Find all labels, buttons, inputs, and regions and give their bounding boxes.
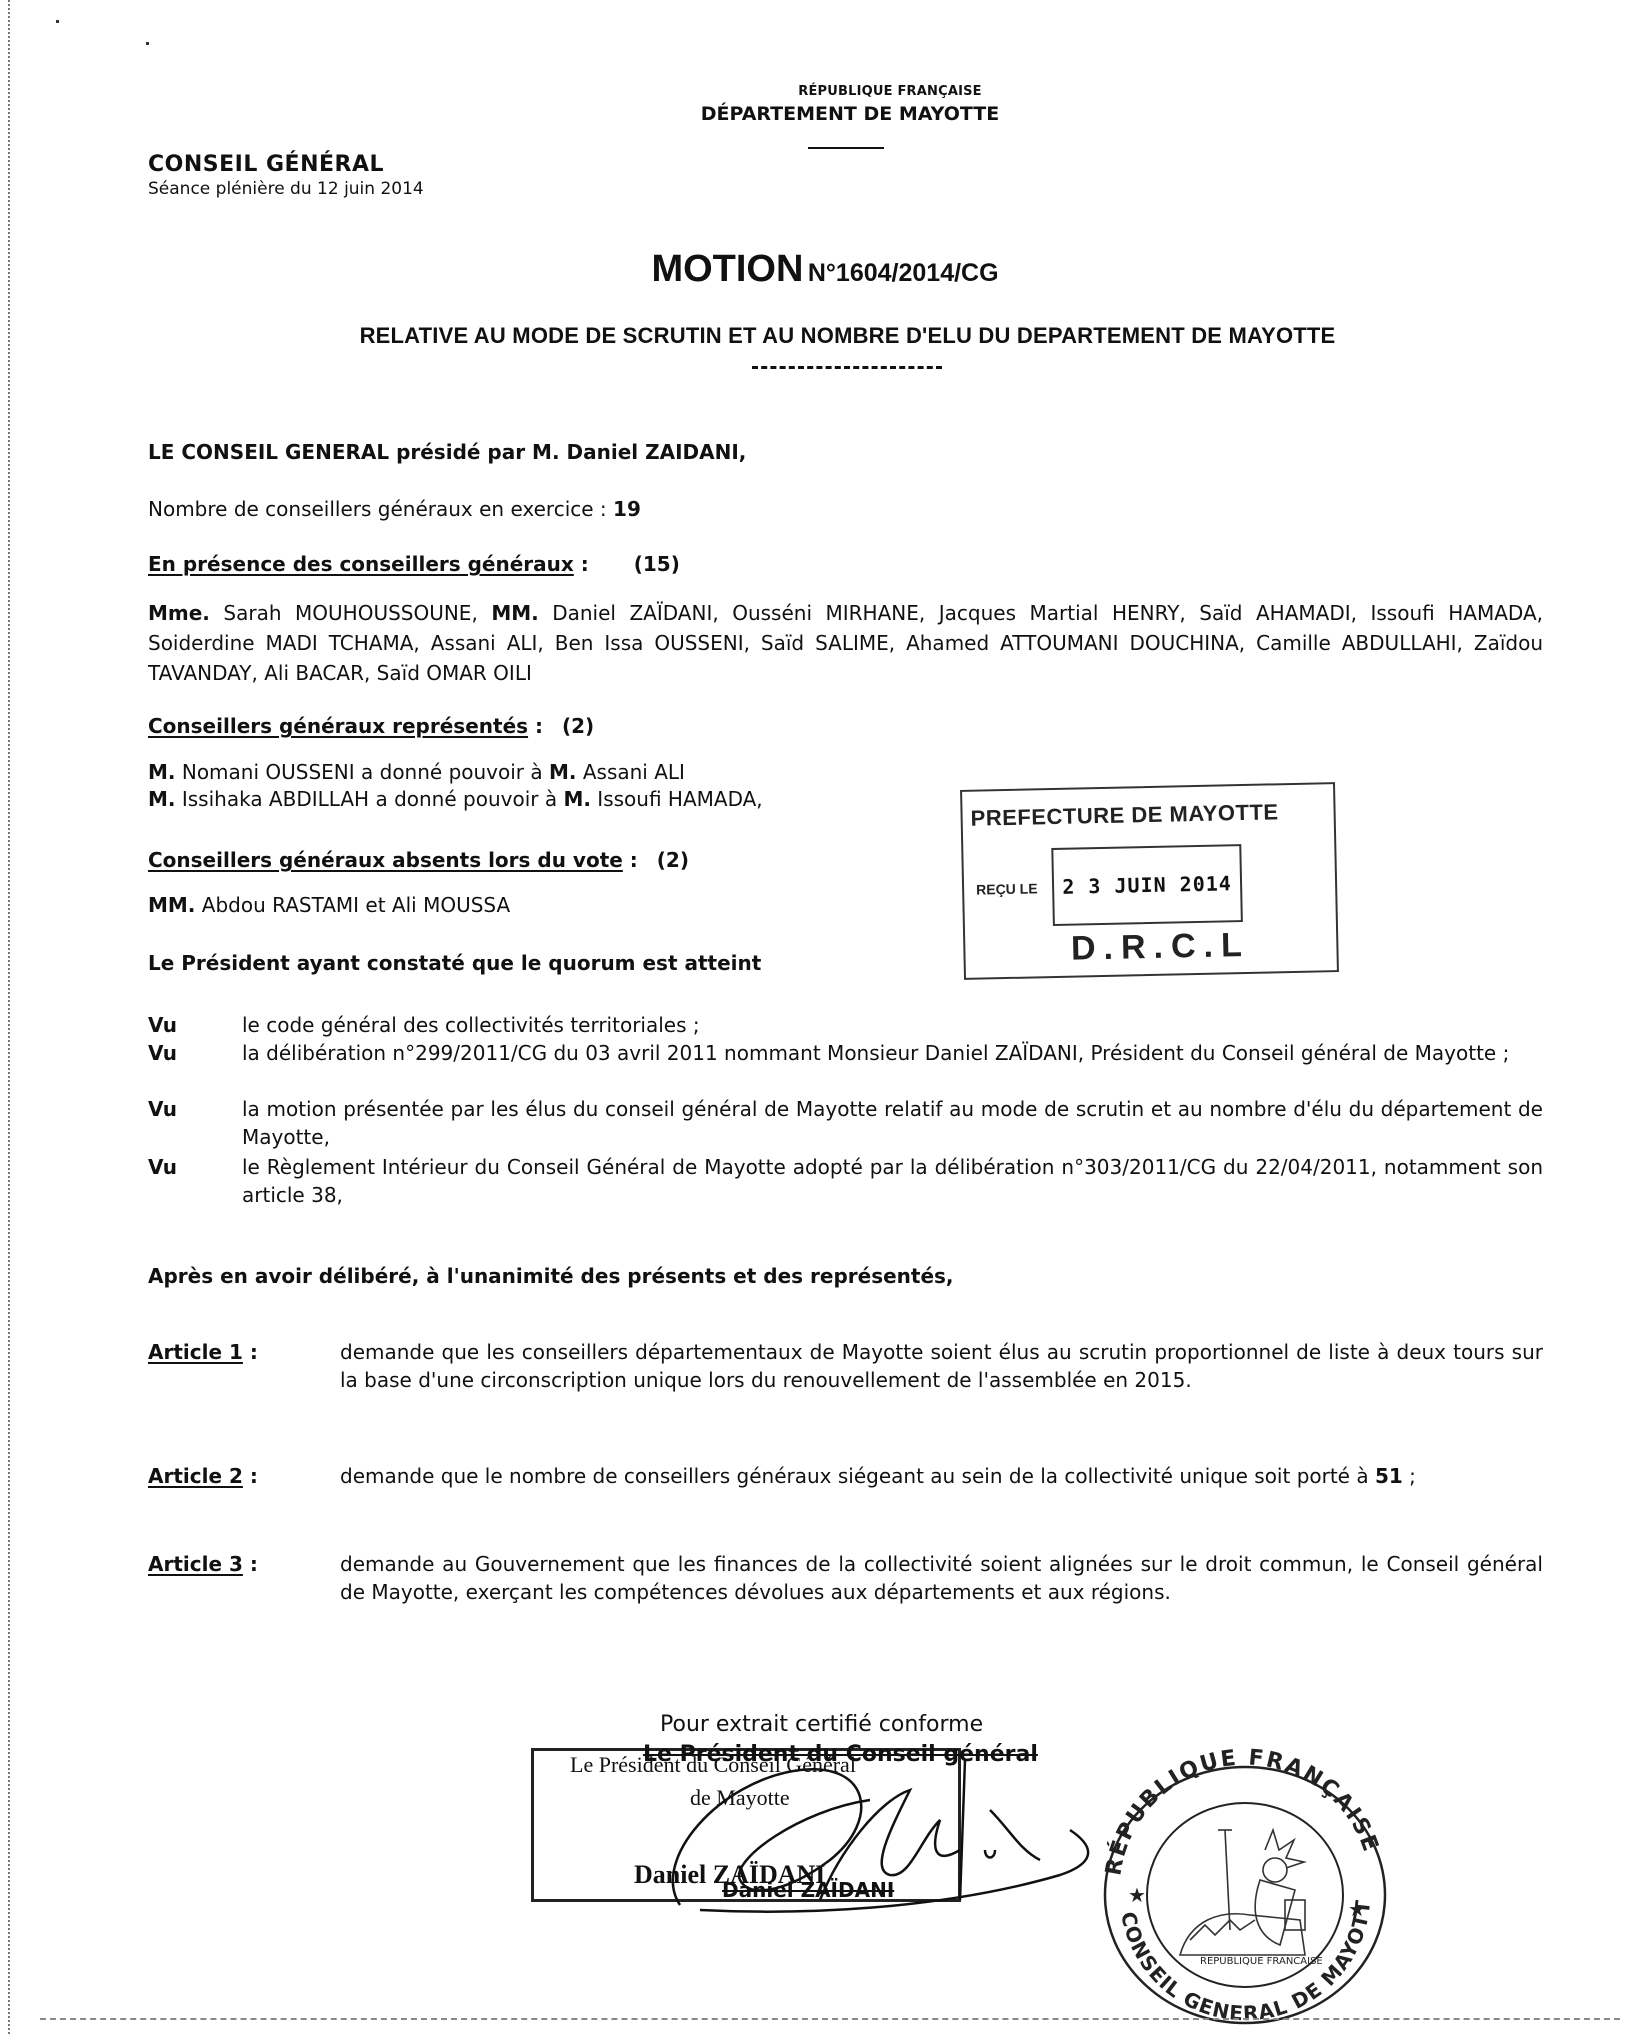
motion-word: MOTION bbox=[651, 248, 803, 290]
proxy-to: Issoufi HAMADA, bbox=[591, 787, 763, 811]
vu-item: Vu le Règlement Intérieur du Conseil Gén… bbox=[148, 1153, 1543, 1209]
article-label: Article 1 : bbox=[148, 1338, 340, 1394]
subtitle-divider bbox=[752, 366, 942, 369]
seal-top-text: RÉPUBLIQUE FRANÇAISE bbox=[1101, 1745, 1383, 1877]
members-label: Nombre de conseillers généraux en exerci… bbox=[148, 497, 613, 521]
header-divider bbox=[808, 147, 884, 149]
vu-text: la motion présentée par les élus du cons… bbox=[242, 1095, 1543, 1151]
present-label: En présence des conseillers généraux bbox=[148, 552, 574, 576]
present-members-list: Mme. Sarah MOUHOUSSOUNE, MM. Daniel ZAÏD… bbox=[148, 598, 1543, 688]
article-1: Article 1 : demande que les conseillers … bbox=[148, 1338, 1543, 1394]
proxy-item: M. Issihaka ABDILLAH a donné pouvoir à M… bbox=[148, 787, 763, 812]
seal-star-icon: ★ bbox=[1348, 1897, 1366, 1921]
represented-heading: Conseillers généraux représentés : (2) bbox=[148, 714, 594, 739]
proxy-from: Nomani OUSSENI a donné pouvoir à bbox=[176, 760, 550, 784]
vu-text: le code général des collectivités territ… bbox=[242, 1011, 1543, 1039]
seal-inner-text: REPUBLIQUE FRANCAISE bbox=[1200, 1956, 1323, 1967]
article-text: demande au Gouvernement que les finances… bbox=[340, 1550, 1543, 1606]
vu-label: Vu bbox=[148, 1153, 242, 1209]
title-prefix: MM. bbox=[148, 893, 195, 917]
vu-label: Vu bbox=[148, 1095, 242, 1151]
present-count: (15) bbox=[634, 552, 680, 576]
absent-label: Conseillers généraux absents lors du vot… bbox=[148, 848, 623, 872]
scan-edge-artifact bbox=[8, 0, 10, 2034]
absent-heading: Conseillers généraux absents lors du vot… bbox=[148, 848, 689, 873]
title-prefix: MM. bbox=[491, 601, 538, 625]
vu-label: Vu bbox=[148, 1011, 242, 1039]
represented-label: Conseillers généraux représentés bbox=[148, 714, 528, 738]
vu-text: la délibération n°299/2011/CG du 03 avri… bbox=[242, 1039, 1543, 1067]
vu-item: Vu le code général des collectivités ter… bbox=[148, 1011, 1543, 1039]
absent-members: MM. Abdou RASTAMI et Ali MOUSSA bbox=[148, 893, 510, 918]
vu-label: Vu bbox=[148, 1039, 242, 1067]
stamp-received-label: REÇU LE bbox=[976, 880, 1038, 897]
title-prefix: M. bbox=[563, 787, 591, 811]
stamp-date: 2 3 JUIN 2014 bbox=[1062, 871, 1232, 899]
motion-number: N°1604/2014/CG bbox=[808, 259, 999, 287]
stamp-date-box: 2 3 JUIN 2014 bbox=[1051, 844, 1243, 926]
motion-subtitle: RELATIVE AU MODE DE SCRUTIN ET AU NOMBRE… bbox=[240, 323, 1455, 349]
article-label: Article 3 : bbox=[148, 1550, 340, 1606]
vu-text: le Règlement Intérieur du Conseil Généra… bbox=[242, 1153, 1543, 1209]
handwritten-signature-icon bbox=[640, 1700, 1110, 1940]
article-text-part: demande que le nombre de conseillers gén… bbox=[340, 1464, 1375, 1488]
svg-text:RÉPUBLIQUE FRANÇAISE: RÉPUBLIQUE FRANÇAISE bbox=[1101, 1745, 1383, 1877]
seat-count: 51 bbox=[1375, 1464, 1403, 1488]
scan-bottom-edge bbox=[40, 2018, 1620, 2020]
motion-title: MOTION N°1604/2014/CG bbox=[420, 248, 1230, 291]
colon: : bbox=[574, 552, 589, 576]
article-label: Article 2 : bbox=[148, 1462, 340, 1490]
member-names: Sarah MOUHOUSSOUNE, bbox=[210, 601, 491, 625]
marianne-emblem-icon bbox=[1180, 1830, 1305, 1955]
prefecture-reception-stamp: PREFECTURE DE MAYOTTE REÇU LE 2 3 JUIN 2… bbox=[960, 782, 1339, 980]
article-text-part: ; bbox=[1403, 1464, 1416, 1488]
article-3: Article 3 : demande au Gouvernement que … bbox=[148, 1550, 1543, 1606]
members-count: 19 bbox=[613, 497, 641, 521]
session-date: Séance plénière du 12 juin 2014 bbox=[148, 179, 424, 199]
article-text: demande que les conseillers départementa… bbox=[340, 1338, 1543, 1394]
article-number: Article 3 bbox=[148, 1552, 243, 1576]
article-text: demande que le nombre de conseillers gén… bbox=[340, 1462, 1543, 1490]
council-title: CONSEIL GÉNÉRAL bbox=[148, 152, 384, 177]
presided-by: LE CONSEIL GENERAL présidé par M. Daniel… bbox=[148, 440, 746, 465]
title-prefix: Mme. bbox=[148, 601, 210, 625]
proxy-to: Assani ALI bbox=[577, 760, 685, 784]
article-2: Article 2 : demande que le nombre de con… bbox=[148, 1462, 1543, 1490]
represented-count: (2) bbox=[562, 714, 594, 738]
members-in-office: Nombre de conseillers généraux en exerci… bbox=[148, 497, 641, 522]
seal-star-icon: ★ bbox=[1128, 1883, 1146, 1907]
quorum-statement: Le Président ayant constaté que le quoru… bbox=[148, 951, 761, 976]
colon: : bbox=[528, 714, 543, 738]
vu-item: Vu la délibération n°299/2011/CG du 03 a… bbox=[148, 1039, 1543, 1067]
title-prefix: M. bbox=[148, 787, 176, 811]
absent-names: Abdou RASTAMI et Ali MOUSSA bbox=[195, 893, 510, 917]
scan-speck bbox=[56, 20, 59, 23]
colon: : bbox=[623, 848, 638, 872]
stamp-office: D.R.C.L bbox=[1060, 926, 1261, 969]
article-number: Article 2 bbox=[148, 1464, 243, 1488]
title-prefix: M. bbox=[148, 760, 176, 784]
absent-count: (2) bbox=[657, 848, 689, 872]
present-heading: En présence des conseillers généraux : (… bbox=[148, 552, 680, 577]
proxy-item: M. Nomani OUSSENI a donné pouvoir à M. A… bbox=[148, 760, 685, 785]
department-label: DÉPARTEMENT DE MAYOTTE bbox=[600, 103, 1100, 125]
stamp-title: PREFECTURE DE MAYOTTE bbox=[970, 799, 1278, 831]
deliberation-statement: Après en avoir délibéré, à l'unanimité d… bbox=[148, 1264, 954, 1289]
title-prefix: M. bbox=[549, 760, 577, 784]
article-number: Article 1 bbox=[148, 1340, 243, 1364]
council-seal-icon: RÉPUBLIQUE FRANÇAISE CONSEIL GENERAL DE … bbox=[1080, 1730, 1400, 2030]
vu-item: Vu la motion présentée par les élus du c… bbox=[148, 1095, 1543, 1151]
scan-speck bbox=[146, 42, 149, 45]
proxy-from: Issihaka ABDILLAH a donné pouvoir à bbox=[176, 787, 564, 811]
republic-label: RÉPUBLIQUE FRANÇAISE bbox=[700, 84, 1080, 99]
